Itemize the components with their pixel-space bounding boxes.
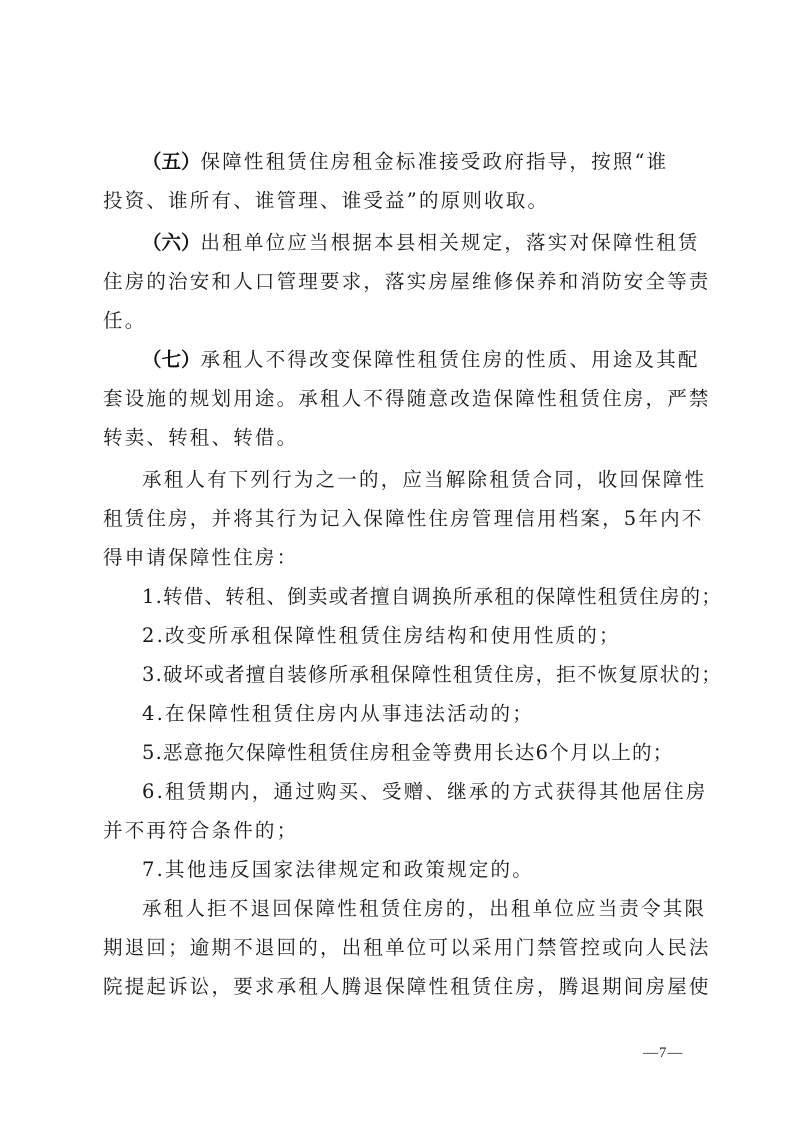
paragraph-6-line-2: 住房的治安和人口管理要求，落实房屋维修保养和消防安全等责: [103, 270, 711, 294]
paragraph-5-line-2: 投资、谁所有、谁管理、谁受益”的原则收取。: [103, 189, 549, 213]
violation-item-7: 7.其他违反国家法律规定和政策规定的。: [142, 858, 534, 882]
paragraph-7-line-1: （七）承租人不得改变保障性租赁住房的性质、用途及其配: [142, 348, 700, 372]
clause-marker-5: （五）: [142, 150, 201, 173]
paragraph-6-line-1: （六）出租单位应当根据本县相关规定，落实对保障性租赁: [142, 231, 700, 255]
clause-marker-7: （七）: [142, 348, 201, 371]
violations-intro-line-1: 承租人有下列行为之一的，应当解除租赁合同，收回保障性: [142, 468, 706, 492]
violation-item-3: 3.破坏或者擅自装修所承租保障性租赁住房，拒不恢复原状的；: [142, 663, 722, 687]
violation-item-6-line-1: 6.租赁期内，通过购买、受赠、继承的方式获得其他居住房: [142, 780, 708, 804]
paragraph-7-line-3: 转卖、转租、转借。: [103, 426, 298, 450]
violation-item-4: 4.在保障性租赁住房内从事违法活动的；: [142, 702, 534, 726]
clause-marker-6: （六）: [142, 231, 201, 254]
violation-item-2: 2.改变所承租保障性租赁住房结构和使用性质的；: [142, 624, 621, 648]
violations-intro-line-2: 租赁住房，并将其行为记入保障性住房管理信用档案，5年内不: [103, 507, 704, 531]
document-page: （五）保障性租赁住房租金标准接受政府指导，按照“谁 投资、谁所有、谁管理、谁受益…: [0, 0, 793, 1122]
paragraph-7-line-2: 套设施的规划用途。承租人不得随意改造保障性租赁住房，严禁: [103, 387, 711, 411]
page-number: —7—: [643, 1045, 684, 1062]
violation-item-6-line-2: 并不再符合条件的；: [103, 819, 298, 843]
paragraph-6-line-3: 任。: [103, 309, 146, 333]
closing-line-2: 期退回；逾期不退回的，出租单位可以采用门禁管控或向人民法: [103, 936, 711, 960]
violation-item-5: 5.恶意拖欠保障性租赁住房租金等费用长达6个月以上的；: [142, 741, 673, 765]
violations-intro-line-3: 得申请保障性住房：: [103, 546, 298, 570]
paragraph-5-line-1: （五）保障性租赁住房租金标准接受政府指导，按照“谁: [142, 150, 668, 174]
violation-item-1: 1.转借、转租、倒卖或者擅自调换所承租的保障性租赁住房的；: [142, 585, 722, 609]
closing-line-3: 院提起诉讼，要求承租人腾退保障性租赁住房，腾退期间房屋使: [103, 975, 711, 999]
closing-line-1: 承租人拒不退回保障性租赁住房的，出租单位应当责令其限: [142, 897, 706, 921]
